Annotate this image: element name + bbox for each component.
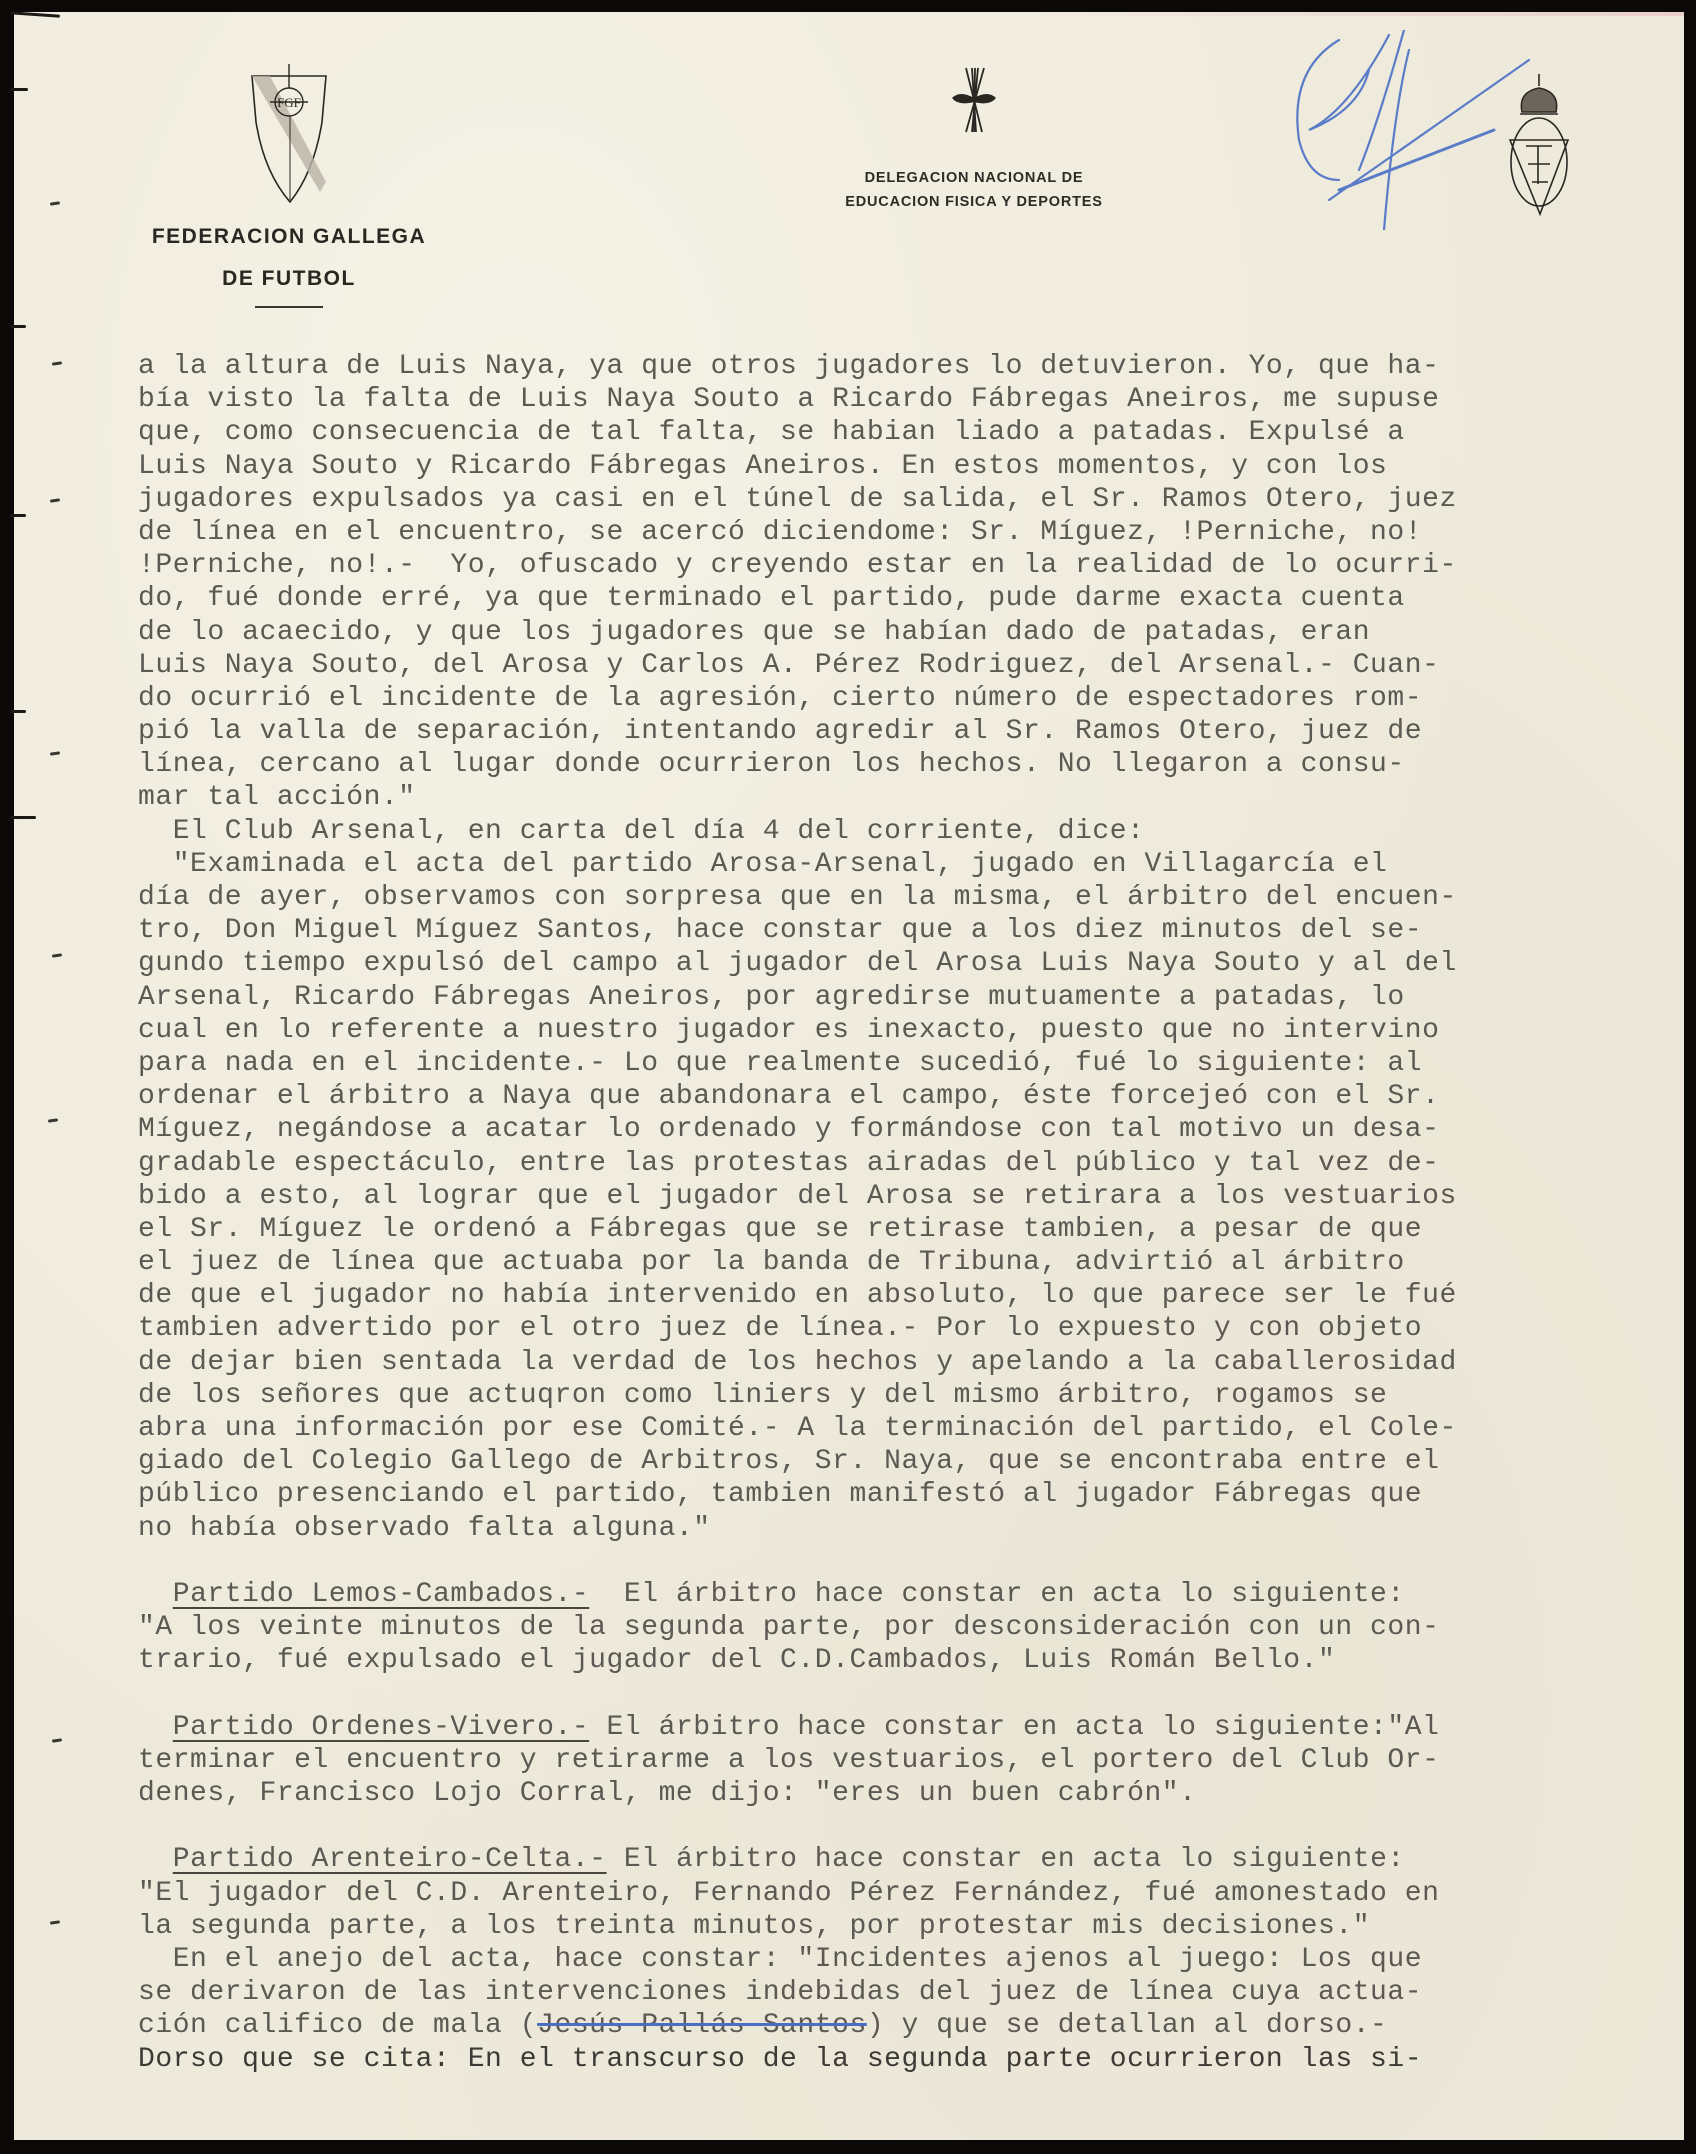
text-line: ción califico de mala (Jesús Pallás Sant… xyxy=(138,2009,1696,2042)
paragraph-club-arsenal-letter: El Club Arsenal, en carta del día 4 del … xyxy=(138,815,1696,1545)
text-line: terminar el encuentro y retirarme a los … xyxy=(138,1744,1696,1777)
text-line: la segunda parte, a los treinta minutos,… xyxy=(138,1910,1696,1943)
text-line: pió la valla de separación, intentando a… xyxy=(138,715,1696,748)
text-line: público presenciando el partido, tambien… xyxy=(138,1478,1696,1511)
text-line: denes, Francisco Lojo Corral, me dijo: "… xyxy=(138,1777,1696,1810)
text-fragment: El árbitro hace constar en acta lo sigui… xyxy=(607,1844,1405,1875)
text-line: Partido Lemos-Cambados.- El árbitro hace… xyxy=(138,1578,1696,1611)
text-line: de lo acaecido, y que los jugadores que … xyxy=(138,616,1696,649)
letterhead-delegacion: DELEGACION NACIONAL DE EDUCACION FISICA … xyxy=(814,66,1134,214)
binding-mark xyxy=(10,710,26,713)
paragraph-gap xyxy=(138,1545,1696,1578)
text-line: En el anejo del acta, hace constar: "Inc… xyxy=(138,1943,1696,1976)
federacion-name-line1: FEDERACION GALLEGA xyxy=(124,220,454,254)
text-line: "A los veinte minutos de la segunda part… xyxy=(138,1611,1696,1644)
text-line: ordenar el árbitro a Naya que abandonara… xyxy=(138,1080,1696,1113)
text-line: jugadores expulsados ya casi en el túnel… xyxy=(138,483,1696,516)
text-line: de dejar bien sentada la verdad de los h… xyxy=(138,1346,1696,1379)
text-fragment: ción califico de mala ( xyxy=(138,2010,537,2041)
punch-mark xyxy=(52,953,62,957)
binding-mark xyxy=(10,816,36,819)
text-line: Partido Ordenes-Vivero.- El árbitro hace… xyxy=(138,1711,1696,1744)
text-line: línea, cercano al lugar donde ocurrieron… xyxy=(138,748,1696,781)
text-line: se derivaron de las intervenciones indeb… xyxy=(138,1976,1696,2009)
document-page: FGF FEDERACION GALLEGA DE FUTBOL DELEGAC… xyxy=(14,12,1684,2140)
text-line: de que el jugador no había intervenido e… xyxy=(138,1279,1696,1312)
section-heading: Partido Arenteiro-Celta.- xyxy=(173,1844,607,1875)
section-lemos-cambados: Partido Lemos-Cambados.- El árbitro hace… xyxy=(138,1578,1696,1678)
text-line: Luis Naya Souto y Ricardo Fábregas Aneir… xyxy=(138,450,1696,483)
royal-crown-crest-icon xyxy=(1504,72,1574,222)
text-line: Dorso que se cita: En el transcurso de l… xyxy=(138,2043,1696,2076)
paper-edge-tint xyxy=(14,12,1684,16)
text-line: gundo tiempo expulsó del campo al jugado… xyxy=(138,947,1696,980)
text-line: el Sr. Míguez le ordenó a Fábregas que s… xyxy=(138,1213,1696,1246)
text-fragment: El árbitro hace constar en acta lo sigui… xyxy=(589,1712,1439,1743)
punch-mark xyxy=(50,751,60,755)
text-fragment: ) y que se detallan al dorso.- xyxy=(867,2010,1388,2041)
yoke-and-arrows-emblem-icon xyxy=(944,66,1004,136)
delegacion-name-line2: EDUCACION FISICA Y DEPORTES xyxy=(814,190,1134,214)
section-ordenes-vivero: Partido Ordenes-Vivero.- El árbitro hace… xyxy=(138,1711,1696,1811)
punch-mark xyxy=(52,361,62,365)
binding-mark xyxy=(10,514,26,517)
federacion-name-line2: DE FUTBOL xyxy=(124,262,454,296)
text-line: do ocurrió el incidente de la agresión, … xyxy=(138,682,1696,715)
letterhead-federacion: FGF FEDERACION GALLEGA DE FUTBOL xyxy=(124,62,454,308)
text-fragment: El árbitro hace constar en acta lo sigui… xyxy=(589,1579,1405,1610)
punch-mark xyxy=(50,201,60,205)
punch-mark xyxy=(50,1920,60,1924)
text-line: de línea en el encuentro, se acercó dici… xyxy=(138,516,1696,549)
text-line: tambien advertido por el otro juez de lí… xyxy=(138,1312,1696,1345)
fgf-shield-crest-icon: FGF xyxy=(244,62,334,212)
text-line: tro, Don Miguel Míguez Santos, hace cons… xyxy=(138,914,1696,947)
text-line: bido a esto, al lograr que el jugador de… xyxy=(138,1180,1696,1213)
typed-letter-body: a la altura de Luis Naya, ya que otros j… xyxy=(138,350,1696,2076)
binding-mark xyxy=(10,88,28,91)
text-line: gradable espectáculo, entre las protesta… xyxy=(138,1147,1696,1180)
text-line: Luis Naya Souto, del Arosa y Carlos A. P… xyxy=(138,649,1696,682)
section-arenteiro-celta: Partido Arenteiro-Celta.- El árbitro hac… xyxy=(138,1843,1696,2075)
punch-mark xyxy=(50,498,60,502)
text-line: mar tal acción." xyxy=(138,781,1696,814)
text-line: abra una información por ese Comité.- A … xyxy=(138,1412,1696,1445)
text-line: Partido Arenteiro-Celta.- El árbitro hac… xyxy=(138,1843,1696,1876)
text-line: cual en lo referente a nuestro jugador e… xyxy=(138,1014,1696,1047)
punch-mark xyxy=(48,1118,58,1122)
text-line: !Perniche, no!.- Yo, ofuscado y creyendo… xyxy=(138,549,1696,582)
struck-out-name: Jesús Pallás Santos xyxy=(537,2010,867,2041)
text-line: a la altura de Luis Naya, ya que otros j… xyxy=(138,350,1696,383)
paragraph-gap xyxy=(138,1678,1696,1711)
text-line: "Examinada el acta del partido Arosa-Ars… xyxy=(138,848,1696,881)
letterhead-rule xyxy=(255,306,323,308)
section-heading: Partido Ordenes-Vivero.- xyxy=(173,1712,589,1743)
text-line: trario, fué expulsado el jugador del C.D… xyxy=(138,1644,1696,1677)
text-line: Arsenal, Ricardo Fábregas Aneiros, por a… xyxy=(138,981,1696,1014)
text-line: de los señores que actuqron como liniers… xyxy=(138,1379,1696,1412)
binding-mark xyxy=(10,325,26,328)
text-line: "El jugador del C.D. Arenteiro, Fernando… xyxy=(138,1877,1696,1910)
delegacion-name-line1: DELEGACION NACIONAL DE xyxy=(814,166,1134,190)
text-line: no había observado falta alguna." xyxy=(138,1512,1696,1545)
text-line: bía visto la falta de Luis Naya Souto a … xyxy=(138,383,1696,416)
text-line: do, fué donde erré, ya que terminado el … xyxy=(138,582,1696,615)
section-heading: Partido Lemos-Cambados.- xyxy=(173,1579,589,1610)
text-line: para nada en el incidente.- Lo que realm… xyxy=(138,1047,1696,1080)
text-line: que, como consecuencia de tal falta, se … xyxy=(138,416,1696,449)
text-line: el juez de línea que actuaba por la band… xyxy=(138,1246,1696,1279)
paragraph-gap xyxy=(138,1810,1696,1843)
text-line: El Club Arsenal, en carta del día 4 del … xyxy=(138,815,1696,848)
text-line: Míguez, negándose a acatar lo ordenado y… xyxy=(138,1113,1696,1146)
paragraph-referee-statement: a la altura de Luis Naya, ya que otros j… xyxy=(138,350,1696,815)
text-line: día de ayer, observamos con sorpresa que… xyxy=(138,881,1696,914)
punch-mark xyxy=(52,1738,62,1742)
text-line: giado del Colegio Gallego de Arbitros, S… xyxy=(138,1445,1696,1478)
